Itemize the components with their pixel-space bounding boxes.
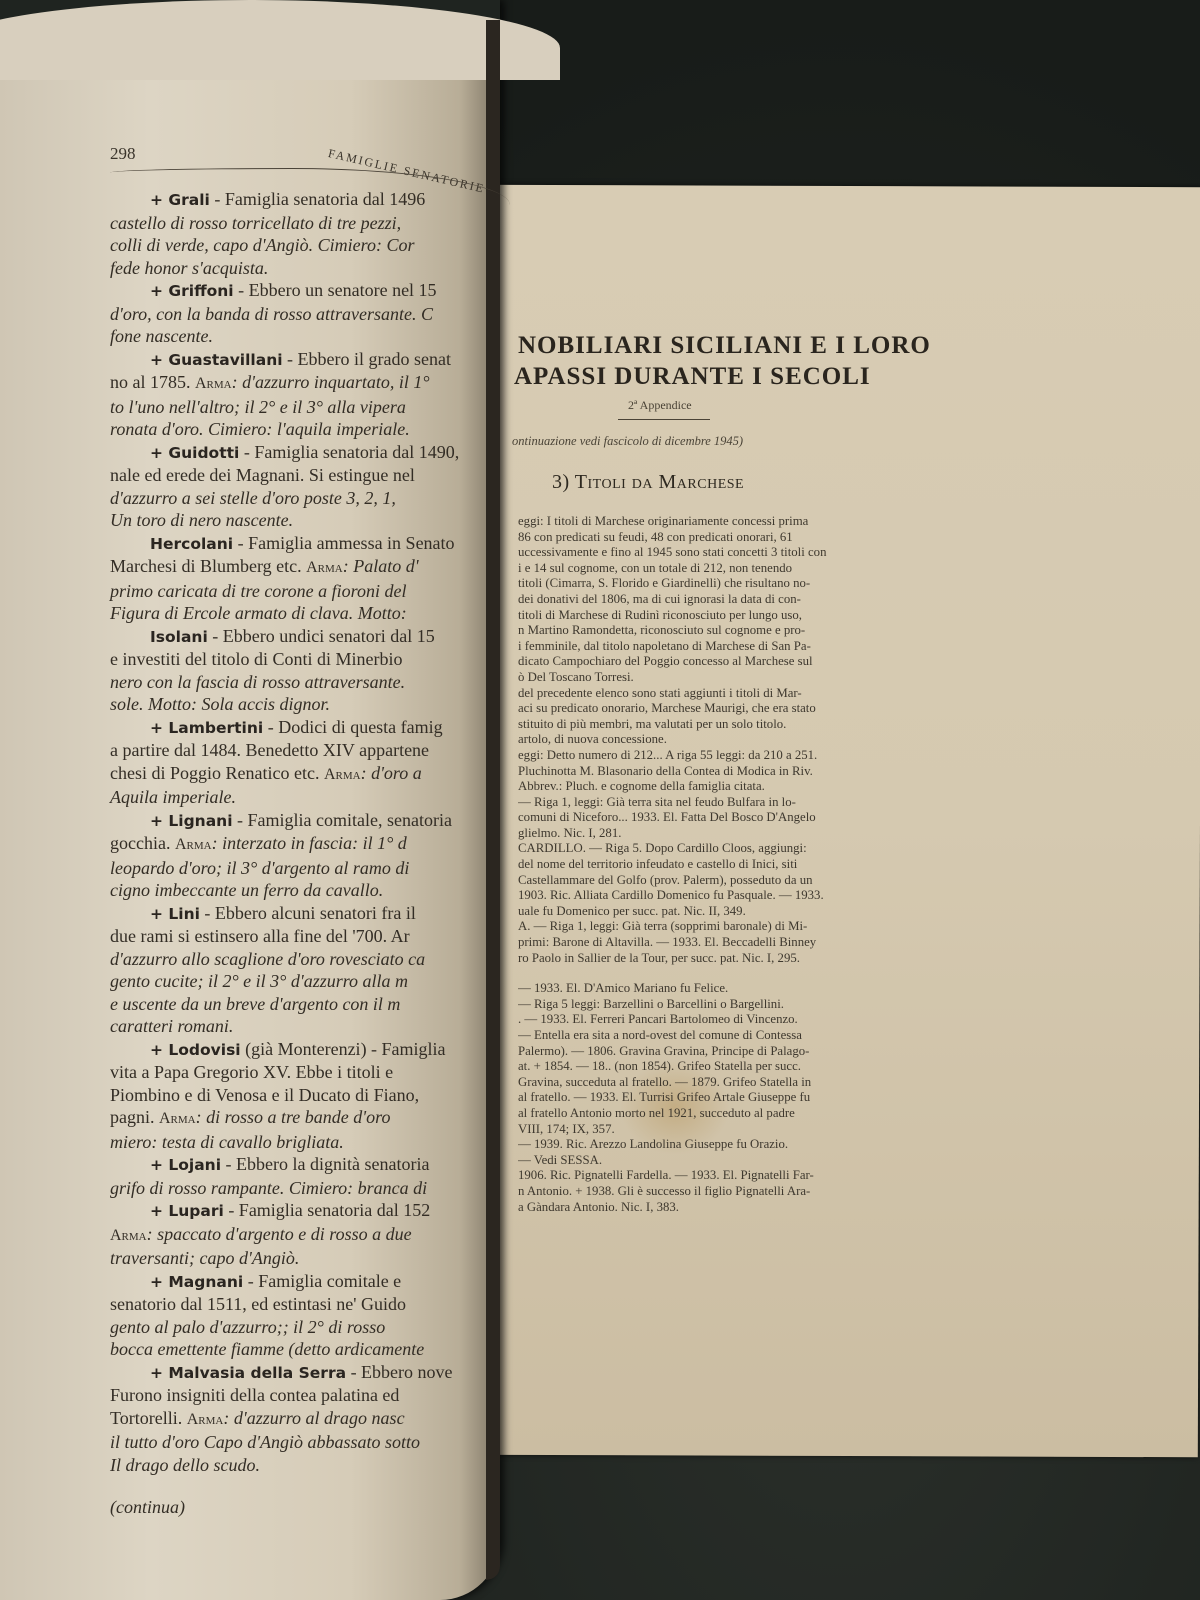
entry-text: no al 1785. <box>110 372 195 392</box>
entry-text: - Famiglia senatoria dal 152 <box>224 1200 430 1220</box>
text-line: i e 14 sul cognome, con un totale di 212… <box>518 561 978 577</box>
arma-label: Arma <box>324 766 361 783</box>
blazon-text: e uscente da un breve d'argento con il m <box>110 994 400 1014</box>
text-line: uale fu Domenico per succ. pat. Nic. II,… <box>518 904 978 920</box>
text-line: Castellammare del Golfo (prov. Palerm), … <box>518 873 978 889</box>
article-title-line-2: APASSI DURANTE I SECOLI <box>514 361 978 392</box>
page-number: 298 <box>110 144 136 164</box>
entry-text: - Ebbero la dignità senatoria <box>221 1154 429 1174</box>
entry-text: - Famiglia senatoria dal 1490, <box>239 442 459 462</box>
article-title-line-1: NOBILIARI SICILIANI E I LORO <box>518 330 978 361</box>
text-line: 1903. Ric. Alliata Cardillo Domenico fu … <box>518 888 978 904</box>
entry-text: - Ebbero nove <box>346 1362 452 1382</box>
text-line: n Martino Ramondetta, riconosciuto sul c… <box>518 623 978 639</box>
entry-text-line: due rami si estinsero alla fine del '700… <box>110 925 500 948</box>
blazon-text: miero: testa di cavallo brigliata. <box>110 1132 344 1152</box>
entry-text: pagni. <box>110 1107 159 1127</box>
blazon-text: : di rosso a tre bande d'oro <box>196 1107 391 1127</box>
entry-text-line: Piombino e di Venosa e il Ducato di Fian… <box>110 1084 500 1107</box>
entry-text-line: e uscente da un breve d'argento con il m <box>110 993 500 1016</box>
family-name: + Magnani <box>150 1273 243 1291</box>
section-title: 3) Titoli da Marchese <box>552 471 978 494</box>
family-entry-heading: + Lodovisi (già Monterenzi) - Famiglia <box>110 1038 500 1062</box>
blazon-text: : interzato in fascia: il 1° d <box>212 833 407 853</box>
right-body-text: eggi: I titoli di Marchese originariamen… <box>518 514 978 1215</box>
family-entry-heading: + Griffoni - Ebbero un senatore nel 15 <box>110 279 500 303</box>
family-name: + Lambertini <box>150 719 263 737</box>
entry-text-line: miero: testa di cavallo brigliata. <box>110 1131 500 1154</box>
text-line: ro Paolo in Sallier de la Tour, per succ… <box>518 951 978 967</box>
entry-text-line: senatorio dal 1511, ed estintasi ne' Gui… <box>110 1293 500 1316</box>
entry-text: - Ebbero alcuni senatori fra il <box>200 903 416 923</box>
family-entry-heading: + Guidotti - Famiglia senatoria dal 1490… <box>110 441 500 465</box>
left-page-content: 298 FAMIGLIE SENATORIE + Grali - Famigli… <box>110 138 500 1519</box>
text-line: aci su predicato onorario, Marchese Maur… <box>518 701 978 717</box>
entry-text: - Famiglia comitale e <box>243 1271 401 1291</box>
entry-text: (già Monterenzi) - Famiglia <box>241 1039 446 1059</box>
entry-text-line: Furono insigniti della contea palatina e… <box>110 1384 500 1407</box>
blazon-text: : d'azzurro inquartato, il 1° <box>232 372 430 392</box>
blazon-text: Figura di Ercole armato di clava. Motto: <box>110 603 407 623</box>
family-name: + Lignani <box>150 812 233 830</box>
blazon-text: colli di verde, capo d'Angiò. Cimiero: C… <box>110 235 414 255</box>
blazon-text: d'oro, con la banda di rosso attraversan… <box>110 304 433 324</box>
entry-text-line: ronata d'oro. Cimiero: l'aquila imperial… <box>110 418 500 441</box>
blazon-text: Il drago dello scudo. <box>110 1455 260 1475</box>
arma-label: Arma <box>306 559 343 576</box>
text-line: eggi: I titoli di Marchese originariamen… <box>518 514 978 530</box>
entry-text-line: d'azzurro allo scaglione d'oro rovesciat… <box>110 948 500 971</box>
entry-text-line: il tutto d'oro Capo d'Angiò abbassato so… <box>110 1431 500 1454</box>
entry-text: chesi di Poggio Renatico etc. <box>110 763 324 783</box>
entry-text-line: caratteri romani. <box>110 1015 500 1038</box>
family-entry-heading: + Lini - Ebbero alcuni senatori fra il <box>110 902 500 926</box>
text-line: uccessivamente e fino al 1945 sono stati… <box>518 545 978 561</box>
blazon-text: : d'azzurro al drago nasc <box>223 1408 404 1428</box>
blazon-text: fede honor s'acquista. <box>110 258 268 278</box>
blazon-text: Un toro di nero nascente. <box>110 510 293 530</box>
entry-text: - Famiglia comitale, senatoria <box>233 810 452 830</box>
appendix-rule <box>618 419 710 420</box>
entry-text-line: leopardo d'oro; il 3° d'argento al ramo … <box>110 857 500 880</box>
blazon-text: sole. Motto: Sola accis dignor. <box>110 694 330 714</box>
text-line: CARDILLO. — Riga 5. Dopo Cardillo Cloos,… <box>518 841 978 857</box>
entry-text-line: sole. Motto: Sola accis dignor. <box>110 693 500 716</box>
blazon-text: to l'uno nell'altro; il 2° e il 3° alla … <box>110 397 406 417</box>
text-line: del nome del territorio infeudato e cast… <box>518 857 978 873</box>
family-entry-heading: + Lojani - Ebbero la dignità senatoria <box>110 1153 500 1177</box>
continua-label: (continua) <box>110 1497 185 1517</box>
appendix-label: 2ª Appendice <box>628 398 978 413</box>
blazon-text: nero con la fascia di rosso attraversant… <box>110 672 405 692</box>
text-line <box>518 966 978 981</box>
blazon-text: grifo di rosso rampante. Cimiero: branca… <box>110 1178 427 1198</box>
text-line: i femminile, dal titolo napoletano di Ma… <box>518 639 978 655</box>
family-entry-heading: + Malvasia della Serra - Ebbero nove <box>110 1361 500 1385</box>
text-line: artolo, di nuova concessione. <box>518 732 978 748</box>
family-entry-heading: Hercolani - Famiglia ammessa in Senato <box>110 532 500 556</box>
entry-text-line: nale ed erede dei Magnani. Si estingue n… <box>110 464 500 487</box>
entry-text-line: Tortorelli. Arma: d'azzurro al drago nas… <box>110 1407 500 1432</box>
blazon-text: caratteri romani. <box>110 1016 233 1036</box>
text-line: ò Del Toscano Torresi. <box>518 670 978 686</box>
entry-text-line: nero con la fascia di rosso attraversant… <box>110 671 500 694</box>
blazon-text: ronata d'oro. Cimiero: l'aquila imperial… <box>110 419 410 439</box>
entry-text-line: pagni. Arma: di rosso a tre bande d'oro <box>110 1106 500 1131</box>
text-line: Pluchinotta M. Blasonario della Contea d… <box>518 764 978 780</box>
entry-text-line: Marchesi di Blumberg etc. Arma: Palato d… <box>110 555 500 580</box>
text-line: Abbrev.: Pluch. e cognome della famiglia… <box>518 779 978 795</box>
entry-text-line: grifo di rosso rampante. Cimiero: branca… <box>110 1177 500 1200</box>
entry-text: a partire dal 1484. Benedetto XIV appart… <box>110 740 429 760</box>
family-entry-heading: Isolani - Ebbero undici senatori dal 15 <box>110 625 500 649</box>
text-line: — Riga 5 leggi: Barzellini o Barcellini … <box>518 997 978 1013</box>
text-line: eggi: Detto numero di 212... A riga 55 l… <box>518 748 978 764</box>
family-name: Isolani <box>150 628 208 646</box>
text-line: — Entella era sita a nord-ovest del comu… <box>518 1028 978 1044</box>
continua-note: (continua) <box>110 1496 500 1519</box>
entry-text: vita a Papa Gregorio XV. Ebbe i titoli e <box>110 1062 393 1082</box>
blazon-text: traversanti; capo d'Angiò. <box>110 1248 299 1268</box>
blazon-text: d'azzurro a sei stelle d'oro poste 3, 2,… <box>110 488 396 508</box>
text-line: Palermo). — 1806. Gravina Gravina, Princ… <box>518 1044 978 1060</box>
entry-text-line: a partire dal 1484. Benedetto XIV appart… <box>110 739 500 762</box>
entry-text: Tortorelli. <box>110 1408 187 1428</box>
blazon-text: gento al palo d'azzurro;; il 2° di rosso <box>110 1317 385 1337</box>
text-line: A. — Riga 1, leggi: Già terra (sopprimi … <box>518 919 978 935</box>
family-entry-heading: + Lignani - Famiglia comitale, senatoria <box>110 809 500 833</box>
arma-label: Arma <box>110 1227 147 1244</box>
page-top-curve <box>0 0 500 40</box>
entry-text-line: vita a Papa Gregorio XV. Ebbe i titoli e <box>110 1061 500 1084</box>
text-line: titoli di Marchese di Rudinì riconosciut… <box>518 608 978 624</box>
blazon-text: gento cucite; il 2° e il 3° d'azzurro al… <box>110 971 408 991</box>
blazon-text: cigno imbeccante un ferro da cavallo. <box>110 880 383 900</box>
entry-text-line: e investiti del titolo di Conti di Miner… <box>110 648 500 671</box>
entry-text: - Ebbero un senatore nel 15 <box>234 280 437 300</box>
blazon-text: leopardo d'oro; il 3° d'argento al ramo … <box>110 858 409 878</box>
text-line: al fratello Antonio morto nel 1921, succ… <box>518 1106 978 1122</box>
entry-text: Marchesi di Blumberg etc. <box>110 556 306 576</box>
entry-text-line: chesi di Poggio Renatico etc. Arma: d'or… <box>110 762 500 787</box>
blazon-text: bocca emettente fiamme (detto ardicament… <box>110 1339 424 1359</box>
text-line: al fratello. — 1933. El. Turrisi Grifeo … <box>518 1090 978 1106</box>
entry-text: gocchia. <box>110 833 175 853</box>
family-name: + Lojani <box>150 1156 221 1174</box>
blazon-text: d'azzurro allo scaglione d'oro rovesciat… <box>110 949 425 969</box>
family-entry-heading: + Magnani - Famiglia comitale e <box>110 1270 500 1294</box>
text-line: — 1939. Ric. Arezzo Landolina Giuseppe f… <box>518 1137 978 1153</box>
entry-text: - Famiglia ammessa in Senato <box>233 533 454 553</box>
family-name: + Malvasia della Serra <box>150 1364 346 1382</box>
entry-text-line: Aquila imperiale. <box>110 786 500 809</box>
family-name: + Guidotti <box>150 444 239 462</box>
family-name: + Lodovisi <box>150 1041 241 1059</box>
entry-text-line: bocca emettente fiamme (detto ardicament… <box>110 1338 500 1361</box>
blazon-text: : d'oro a <box>361 763 422 783</box>
entry-text-line: gocchia. Arma: interzato in fascia: il 1… <box>110 832 500 857</box>
entry-text-line: gento cucite; il 2° e il 3° d'azzurro al… <box>110 970 500 993</box>
text-line: a Gàndara Antonio. Nic. I, 383. <box>518 1200 978 1216</box>
family-name: + Lini <box>150 905 200 923</box>
text-line: glielmo. Nic. I, 281. <box>518 826 978 842</box>
entry-text: due rami si estinsero alla fine del '700… <box>110 926 410 946</box>
blazon-text: il tutto d'oro Capo d'Angiò abbassato so… <box>110 1432 420 1452</box>
continuation-note: ontinuazione vedi fascicolo di dicembre … <box>512 434 978 449</box>
text-line: titoli (Cimarra, S. Florido e Giardinell… <box>518 576 978 592</box>
arma-label: Arma <box>187 1411 224 1428</box>
text-line: n Antonio. + 1938. Gli è successo il fig… <box>518 1184 978 1200</box>
entry-text-line: fede honor s'acquista. <box>110 257 500 280</box>
entry-text: Furono insigniti della contea palatina e… <box>110 1385 399 1405</box>
entry-text: - Ebbero undici senatori dal 15 <box>208 626 435 646</box>
blazon-text: : spaccato d'argento e di rosso a due <box>147 1224 412 1244</box>
entry-text-line: fone nascente. <box>110 325 500 348</box>
family-entry-heading: + Guastavillani - Ebbero il grado senat <box>110 348 500 372</box>
arma-label: Arma <box>175 836 212 853</box>
entry-text-line: cigno imbeccante un ferro da cavallo. <box>110 879 500 902</box>
right-page-content: NOBILIARI SICILIANI E I LORO APASSI DURA… <box>518 330 978 1215</box>
blazon-text: primo caricata di tre corone a fioroni d… <box>110 581 406 601</box>
family-name: + Lupari <box>150 1202 224 1220</box>
entry-text-line: to l'uno nell'altro; il 2° e il 3° alla … <box>110 396 500 419</box>
family-entry-heading: + Lupari - Famiglia senatoria dal 152 <box>110 1199 500 1223</box>
text-line: at. + 1854. — 18.. (non 1854). Grifeo St… <box>518 1059 978 1075</box>
text-line: comuni di Niceforo... 1933. El. Fatta De… <box>518 810 978 826</box>
family-name: Hercolani <box>150 535 233 553</box>
arma-label: Arma <box>159 1110 196 1127</box>
entry-text: - Dodici di questa famig <box>263 717 442 737</box>
text-line: stituito di più membri, ma valutati per … <box>518 717 978 733</box>
entry-text-line: Arma: spaccato d'argento e di rosso a du… <box>110 1223 500 1248</box>
text-line: primi: Barone di Altavilla. — 1933. El. … <box>518 935 978 951</box>
arma-label: Arma <box>195 375 232 392</box>
entry-text: nale ed erede dei Magnani. Si estingue n… <box>110 465 415 485</box>
text-line: 1906. Ric. Pignatelli Fardella. — 1933. … <box>518 1168 978 1184</box>
entry-text: - Ebbero il grado senat <box>283 349 451 369</box>
entry-text-line: primo caricata di tre corone a fioroni d… <box>110 580 500 603</box>
family-name: + Guastavillani <box>150 351 283 369</box>
entry-text: Piombino e di Venosa e il Ducato di Fian… <box>110 1085 419 1105</box>
blazon-text: Aquila imperiale. <box>110 787 236 807</box>
family-name: + Griffoni <box>150 282 234 300</box>
text-line: — Vedi SESSA. <box>518 1153 978 1169</box>
text-line: dei donativi del 1806, ma di cui ignoras… <box>518 592 978 608</box>
entry-text: e investiti del titolo di Conti di Miner… <box>110 649 402 669</box>
entry-text-line: d'azzurro a sei stelle d'oro poste 3, 2,… <box>110 487 500 510</box>
text-line: — 1933. El. D'Amico Mariano fu Felice. <box>518 981 978 997</box>
family-entries: + Grali - Famiglia senatoria dal 1496cas… <box>110 188 500 1476</box>
entry-text-line: colli di verde, capo d'Angiò. Cimiero: C… <box>110 234 500 257</box>
entry-text-line: Il drago dello scudo. <box>110 1454 500 1477</box>
entry-text-line: Un toro di nero nascente. <box>110 509 500 532</box>
text-line: dicato Campochiaro del Poggio concesso a… <box>518 654 978 670</box>
entry-text-line: gento al palo d'azzurro;; il 2° di rosso <box>110 1316 500 1339</box>
text-line: Gravina, succeduta al fratello. — 1879. … <box>518 1075 978 1091</box>
blazon-text: fone nascente. <box>110 326 213 346</box>
text-line: 86 con predicati su feudi, 48 con predic… <box>518 530 978 546</box>
entry-text-line: Figura di Ercole armato di clava. Motto: <box>110 602 500 625</box>
text-line: del precedente elenco sono stati aggiunt… <box>518 686 978 702</box>
entry-text-line: d'oro, con la banda di rosso attraversan… <box>110 303 500 326</box>
entry-text-line: traversanti; capo d'Angiò. <box>110 1247 500 1270</box>
entry-text-line: no al 1785. Arma: d'azzurro inquartato, … <box>110 371 500 396</box>
running-head: 298 FAMIGLIE SENATORIE <box>110 138 500 168</box>
article-title: NOBILIARI SICILIANI E I LORO APASSI DURA… <box>518 330 978 392</box>
entry-text: senatorio dal 1511, ed estintasi ne' Gui… <box>110 1294 406 1314</box>
text-line: VIII, 174; IX, 357. <box>518 1122 978 1138</box>
text-line: . — 1933. El. Ferreri Pancari Bartolomeo… <box>518 1012 978 1028</box>
family-entry-heading: + Lambertini - Dodici di questa famig <box>110 716 500 740</box>
blazon-text: : Palato d' <box>343 556 419 576</box>
text-line: — Riga 1, leggi: Già terra sita nel feud… <box>518 795 978 811</box>
